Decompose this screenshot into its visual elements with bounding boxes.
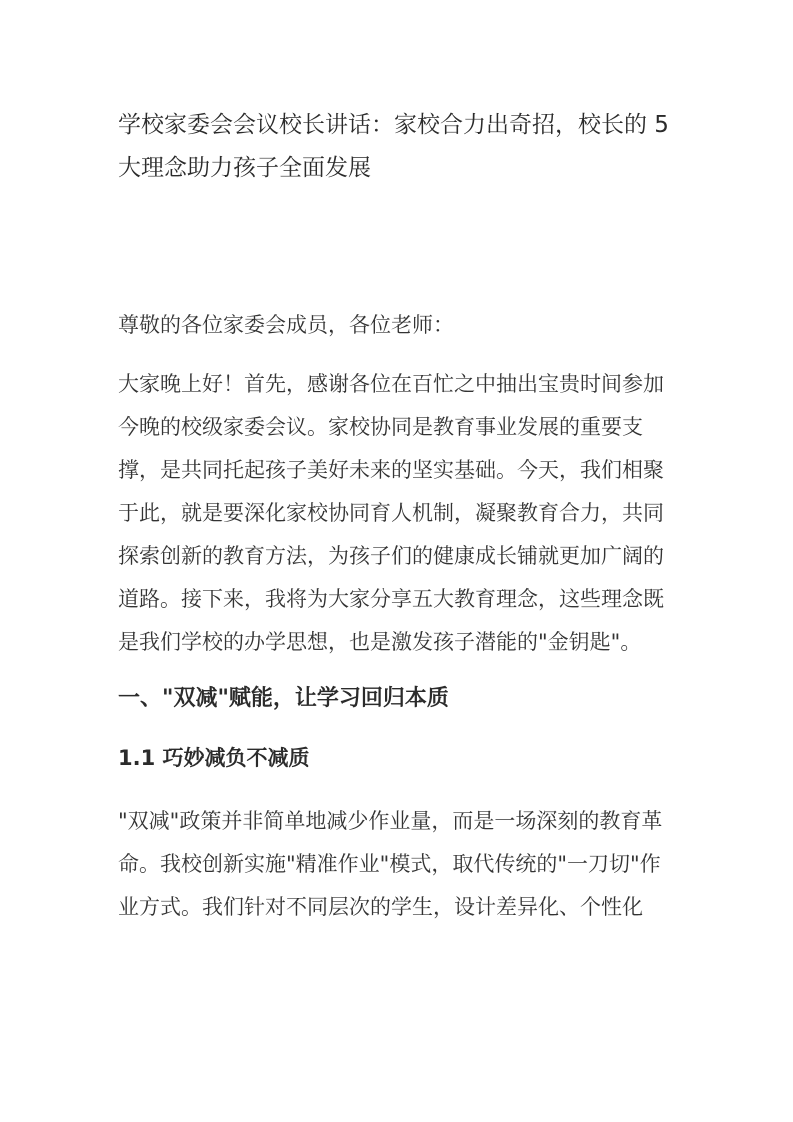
section-heading-1: 一、"双减"赋能，让学习回归本质	[118, 677, 681, 720]
document-page: 学校家委会会议校长讲话：家校合力出奇招，校长的 5 大理念助力孩子全面发展 尊敬…	[0, 0, 793, 1122]
salutation-line: 尊敬的各位家委会成员，各位老师：	[118, 304, 681, 347]
subsection-paragraph: "双减"政策并非简单地减少作业量，而是一场深刻的教育革命。我校创新实施"精准作业…	[118, 800, 681, 929]
subsection-heading-1-1: 1.1 巧妙减负不减质	[118, 737, 681, 780]
document-title: 学校家委会会议校长讲话：家校合力出奇招，校长的 5 大理念助力孩子全面发展	[118, 104, 681, 190]
opening-paragraph: 大家晚上好！首先，感谢各位在百忙之中抽出宝贵时间参加今晚的校级家委会议。家校协同…	[118, 363, 681, 664]
